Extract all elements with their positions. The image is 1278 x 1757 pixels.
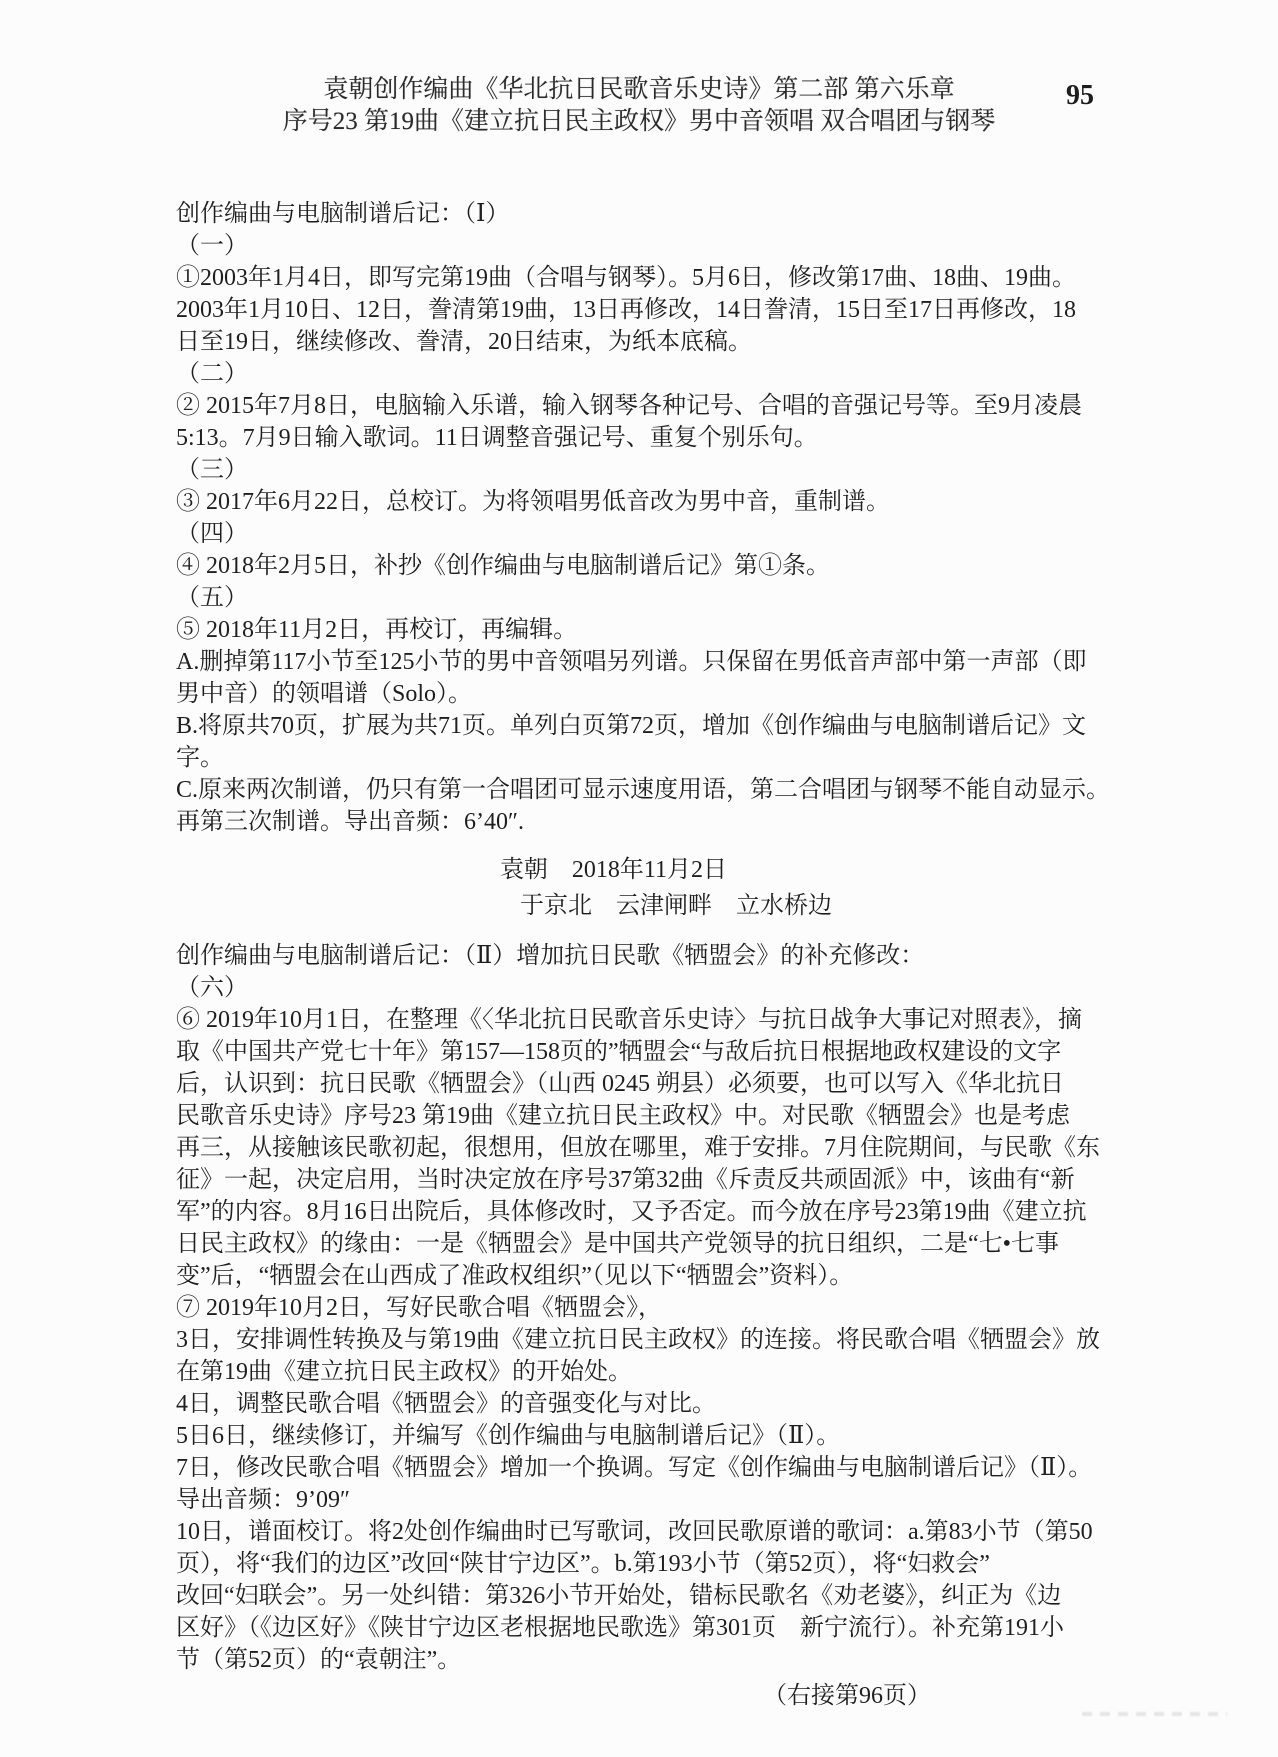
scan-artifact-smudge	[1082, 1712, 1227, 1716]
text-line: ② 2015年7月8日，电脑输入乐谱，输入钢琴各种记号、合唱的音强记号等。至9月…	[176, 390, 1121, 422]
postscript-part2: 创作编曲与电脑制谱后记：（Ⅱ）增加抗日民歌《牺盟会》的补充修改：（六）⑥ 201…	[176, 940, 1121, 1676]
text-line: 创作编曲与电脑制谱后记：（Ⅱ）增加抗日民歌《牺盟会》的补充修改：	[176, 940, 1121, 972]
text-line: 字。	[176, 742, 1121, 774]
text-line: 男中音）的领唱谱（Solo）。	[176, 678, 1121, 710]
postscript-part1: 创作编曲与电脑制谱后记：（Ⅰ）（一）①2003年1月4日，即写完第19曲（合唱与…	[176, 198, 1121, 838]
text-line: A.删掉第117小节至125小节的男中音领唱另列谱。只保留在男低音声部中第一声部…	[176, 646, 1121, 678]
text-line: ⑥ 2019年10月1日，在整理《〈华北抗日民歌音乐史诗〉与抗日战争大事记对照表…	[176, 1004, 1121, 1036]
text-line: 在第19曲《建立抗日民主政权》的开始处。	[176, 1356, 1121, 1388]
text-line: 改回“妇联会”。另一处纠错：第326小节开始处，错标民歌名《劝老婆》，纠正为《边	[176, 1580, 1121, 1612]
text-line: ⑤ 2018年11月2日，再校订，再编辑。	[176, 614, 1121, 646]
text-line: （三）	[176, 454, 1121, 486]
text-line: 日至19日，继续修改、誊清，20日结束，为纸本底稿。	[176, 326, 1121, 358]
text-line: 5:13。7月9日输入歌词。11日调整音强记号、重复个别乐句。	[176, 422, 1121, 454]
signature-block: 袁朝 2018年11月2日 于京北 云津闸畔 立水桥边	[176, 852, 1121, 924]
text-line: （四）	[176, 518, 1121, 550]
text-line: 日民主政权》的缘由：一是《牺盟会》是中国共产党领导的抗日组织，二是“七•七事	[176, 1228, 1121, 1260]
text-line: ⑦ 2019年10月2日，写好民歌合唱《牺盟会》，	[176, 1292, 1121, 1324]
text-line: 军”的内容。8月16日出院后，具体修改时，又予否定。而今放在序号23第19曲《建…	[176, 1196, 1121, 1228]
text-line: 节（第52页）的“袁朝注”。	[176, 1644, 1121, 1676]
text-line: 3日，安排调性转换及与第19曲《建立抗日民主政权》的连接。将民歌合唱《牺盟会》放	[176, 1324, 1121, 1356]
text-line: 2003年1月10日、12日，誊清第19曲，13日再修改，14日誊清，15日至1…	[176, 294, 1121, 326]
text-line: （五）	[176, 582, 1121, 614]
text-line: 征》一起，决定启用，当时决定放在序号37第32曲《斥责反共顽固派》中，该曲有“新	[176, 1164, 1121, 1196]
text-line: （二）	[176, 358, 1121, 390]
continuation-note-row: （右接第96页）	[176, 1680, 1121, 1712]
text-line: 变”后，“牺盟会在山西成了准政权组织”（见以下“牺盟会”资料）。	[176, 1260, 1121, 1292]
text-line: 导出音频：9’09″	[176, 1484, 1121, 1516]
text-line: 7日，修改民歌合唱《牺盟会》增加一个换调。写定《创作编曲与电脑制谱后记》（Ⅱ）。	[176, 1452, 1121, 1484]
text-line: （六）	[176, 972, 1121, 1004]
page-number: 95	[1066, 80, 1094, 112]
text-line: B.将原共70页，扩展为共71页。单列白页第72页，增加《创作编曲与电脑制谱后记…	[176, 710, 1121, 742]
text-line: 取《中国共产党七十年》第157—158页的”牺盟会“与敌后抗日根据地政权建设的文…	[176, 1036, 1121, 1068]
text-line: ③ 2017年6月22日，总校订。为将领唱男低音改为男中音，重制谱。	[176, 486, 1121, 518]
text-line: C.原来两次制谱，仍只有第一合唱团可显示速度用语，第二合唱团与钢琴不能自动显示。	[176, 774, 1121, 806]
text-line: 民歌音乐史诗》序号23 第19曲《建立抗日民主政权》中。对民歌《牺盟会》也是考虑	[176, 1100, 1121, 1132]
text-line: 4日，调整民歌合唱《牺盟会》的音强变化与对比。	[176, 1388, 1121, 1420]
text-line: 再三，从接触该民歌初起，很想用，但放在哪里，难于安排。7月住院期间，与民歌《东	[176, 1132, 1121, 1164]
continuation-note: （右接第96页）	[763, 1680, 931, 1712]
text-line: 再第三次制谱。导出音频：6’40″.	[176, 806, 1121, 838]
text-line: ④ 2018年2月5日，补抄《创作编曲与电脑制谱后记》第①条。	[176, 550, 1121, 582]
text-line: 后，认识到：抗日民歌《牺盟会》（山西 0245 朔县）必须要，也可以写入《华北抗…	[176, 1068, 1121, 1100]
text-line: 10日，谱面校订。将2处创作编曲时已写歌词，改回民歌原谱的歌词：a.第83小节（…	[176, 1516, 1121, 1548]
text-line: 5日6日，继续修订，并编写《创作编曲与电脑制谱后记》（Ⅱ）。	[176, 1420, 1121, 1452]
text-line: 页），将“我们的边区”改回“陕甘宁边区”。b.第193小节（第52页），将“妇救…	[176, 1548, 1121, 1580]
document-header: 袁朝创作编曲《华北抗日民歌音乐史诗》第二部 第六乐章 序号23 第19曲《建立抗…	[0, 0, 1278, 138]
text-line: 创作编曲与电脑制谱后记：（Ⅰ）	[176, 198, 1121, 230]
document-page: 95 袁朝创作编曲《华北抗日民歌音乐史诗》第二部 第六乐章 序号23 第19曲《…	[0, 0, 1278, 1757]
signature-author-date: 袁朝 2018年11月2日	[176, 852, 1051, 888]
text-line: ①2003年1月4日，即写完第19曲（合唱与钢琴）。5月6日，修改第17曲、18…	[176, 262, 1121, 294]
signature-location: 于京北 云津闸畔 立水桥边	[231, 888, 1121, 924]
text-line: 区好》（《边区好》《陕甘宁边区老根据地民歌选》第301页 新宁流行）。补充第19…	[176, 1612, 1121, 1644]
text-line: （一）	[176, 230, 1121, 262]
